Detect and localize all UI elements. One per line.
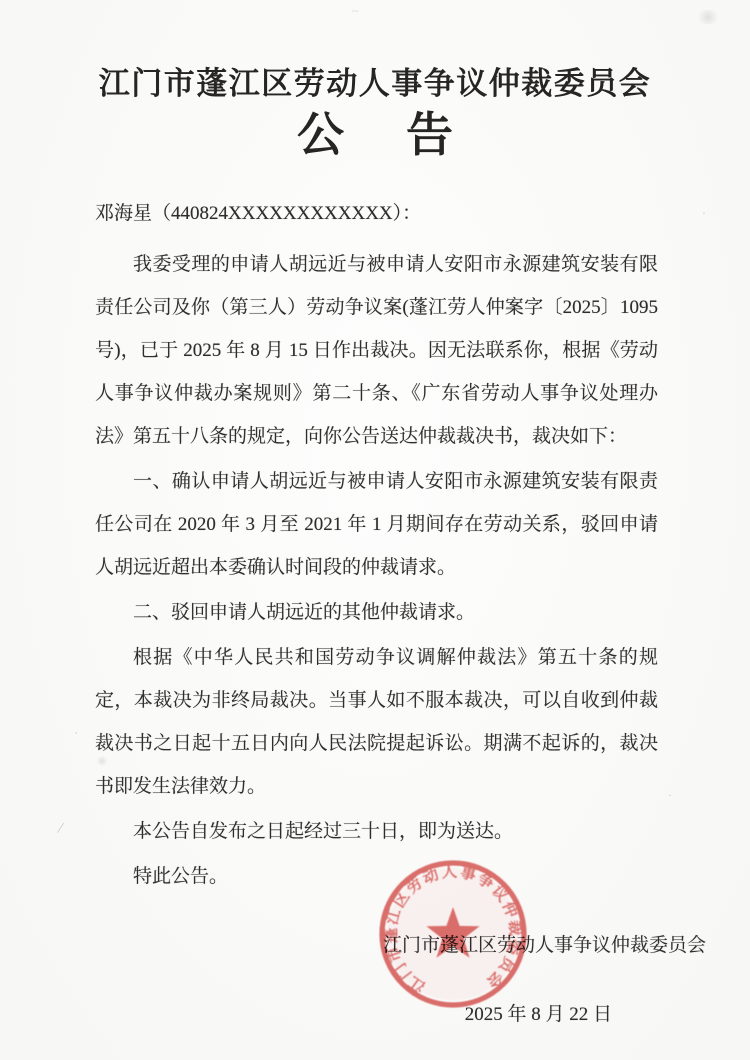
signature-org: 江门市蓬江区劳动人事争议仲裁委员会 bbox=[0, 924, 750, 967]
document-title: 公告 bbox=[0, 108, 750, 164]
scanned-notice-document: 江门市蓬江区劳动人事争议仲裁委员会 公告 邓海星（440824XXXXXXXXX… bbox=[0, 0, 750, 1060]
notice-footer: 江门市蓬江区劳动人事争议仲裁委员会 2025 年 8 月 22 日 bbox=[0, 924, 750, 1036]
notice-header: 江门市蓬江区劳动人事争议仲裁委员会 公告 bbox=[0, 0, 750, 164]
notice-body: 邓海星（440824XXXXXXXXXXXX）： 我委受理的申请人胡远近与被申请… bbox=[0, 192, 750, 898]
paragraph-case-summary: 我委受理的申请人胡远近与被申请人安阳市永源建筑安装有限责任公司及你（第三人）劳动… bbox=[95, 243, 658, 458]
recipient-line: 邓海星（440824XXXXXXXXXXXX）： bbox=[95, 192, 658, 235]
issuing-authority-title: 江门市蓬江区劳动人事争议仲裁委员会 bbox=[0, 0, 750, 106]
paragraph-ruling-item-1: 一、确认申请人胡远近与被申请人安阳市永源建筑安装有限责任公司在 2020 年 3… bbox=[95, 460, 658, 589]
paragraph-service-period: 本公告自发布之日起经过三十日，即为送达。 bbox=[95, 810, 658, 853]
paragraph-appeal-rights: 根据《中华人民共和国劳动争议调解仲裁法》第五十条的规定，本裁决为非终局裁决。当事… bbox=[95, 636, 658, 808]
signature-date: 2025 年 8 月 22 日 bbox=[0, 993, 750, 1036]
paragraph-closing: 特此公告。 bbox=[95, 855, 658, 898]
paragraph-ruling-item-2: 二、驳回申请人胡远近的其他仲裁请求。 bbox=[95, 591, 658, 634]
